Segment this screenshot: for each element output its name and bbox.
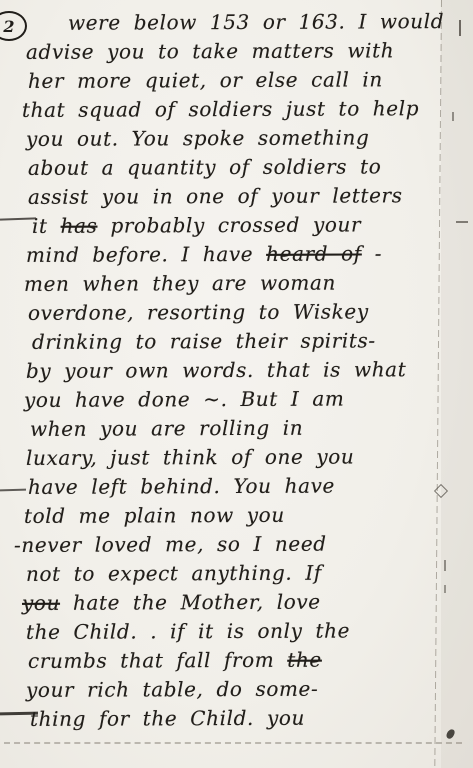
text-segment: were below 153 or 163. I would [68,9,444,35]
text-segment: when you are rolling in [30,416,303,441]
text-segment: -never loved me, so I need [14,532,327,557]
handwriting-line: overdone, resorting to Wiskey [0,297,473,328]
text-segment: about a quantity of soldiers to [28,154,381,180]
handwriting-line: luxary, just think of one you [0,442,473,473]
handwriting-line: men when they are woman [0,268,473,299]
letter-body: were below 153 or 163. I wouldadvise you… [0,8,473,733]
text-segment: you out. You spoke something [26,125,369,150]
handwriting-line: that squad of soldiers just to help [0,94,473,125]
text-segment: men when they are woman [24,271,336,296]
text-segment: it [32,214,61,238]
text-segment: the Child. . if it is only the [26,619,350,644]
handwriting-line: drinking to raise their spirits- [0,326,473,357]
struck-text-segment: heard of [266,241,362,265]
handwriting-line: the Child. . if it is only the [0,616,473,647]
text-segment: drinking to raise their spirits- [32,328,376,353]
letter-page: 2 were below 153 or 163. I wouldadvise y… [0,0,473,768]
handwriting-line: when you are rolling in [0,413,473,444]
handwriting-line: advise you to take matters with [0,36,473,67]
text-segment: her more quiet, or else call in [28,67,383,93]
text-segment: crumbs that fall from [28,648,287,673]
struck-text-segment: has [61,214,98,238]
handwriting-line: about a quantity of soldiers to [0,152,473,183]
handwriting-line: you have done ~. But I am [0,384,473,415]
handwriting-line: told me plain now you [0,500,473,531]
handwriting-line: by your own words. that is what [0,355,473,386]
text-segment: told me plain now you [24,503,285,528]
handwriting-line: crumbs that fall from the [0,645,473,676]
text-segment: your rich table, do some- [26,677,318,702]
struck-text-segment: you [22,591,60,615]
handwriting-line: you hate the Mother, love [0,587,473,618]
text-segment: overdone, resorting to Wiskey [28,299,369,324]
text-segment: assist you in one of your letters [28,183,403,209]
handwriting-line: you out. You spoke something [0,123,473,154]
text-segment: advise you to take matters with [26,38,394,64]
handwriting-line: -never loved me, so I need [0,529,473,560]
text-segment: that squad of soldiers just to help [22,96,419,122]
text-segment: hate the Mother, love [60,590,321,615]
text-segment: thing for the Child. you [30,706,305,731]
text-segment: you have done ~. But I am [24,387,344,412]
handwriting-line: your rich table, do some- [0,674,473,705]
handwriting-line: mind before. I have heard of - [0,239,473,270]
struck-text-segment: the [287,648,322,672]
text-segment: luxary, just think of one you [26,444,354,469]
text-segment: - [362,241,382,265]
text-segment: probably crossed your [97,212,361,237]
text-segment: have left behind. You have [28,474,335,499]
handwriting-line: thing for the Child. you [0,703,473,734]
handwriting-line: assist you in one of your letters [0,181,473,212]
handwriting-line: not to expect anything. If [0,558,473,589]
text-segment: not to expect anything. If [26,561,322,586]
text-segment: by your own words. that is what [26,357,406,383]
text-segment: mind before. I have [26,242,266,267]
bottom-crease-line [4,742,462,744]
handwriting-line: were below 153 or 163. I would [0,7,473,38]
handwriting-line: it has probably crossed your [0,210,473,241]
handwriting-line: have left behind. You have [0,471,473,502]
handwriting-line: her more quiet, or else call in [0,65,473,96]
